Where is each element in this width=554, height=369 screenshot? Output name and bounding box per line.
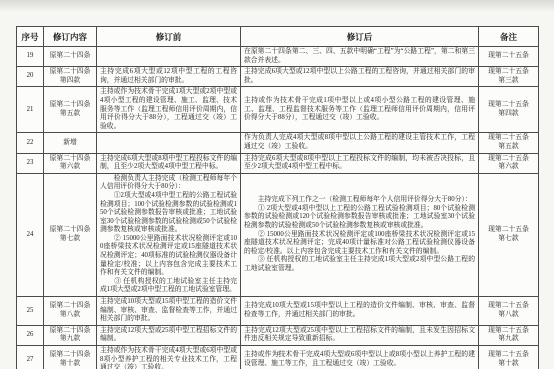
table-row: 21 原第二十四条 第五款 主持或作为技术骨干完成1项大型或2项中型或4项小型工… — [17, 87, 539, 133]
table-row: 24 原第二十四条 第七款 检测负责人主持完成（检测工程师每年个人信用评价得分大… — [17, 173, 539, 296]
table-row: 25 原第二十四条 第八款 主持完成10项大型或15项中型工程的造价文件编制、审… — [17, 297, 539, 326]
row-no: 19 — [17, 47, 44, 67]
before-cell — [97, 47, 241, 67]
before-cell: 主持完成12项大型或25项中型工程招标文件的编制。 — [97, 325, 241, 345]
before-cell: 主持完成6项大型或8项中型工程投标文件的编制，且至少2项大型或4项中型工程中标。 — [97, 153, 241, 173]
after-cell: 主持完成6项大型或12项中型以上公路工程的工程咨询，并通过相关部门的审批。 — [241, 67, 479, 87]
row-no: 24 — [17, 173, 44, 296]
revision-content-cell: 原第二十四条 第四款 — [44, 67, 97, 87]
revision-content-cell: 原第二十四条 第七款 — [44, 173, 97, 296]
page-number: - 28 - — [0, 350, 554, 357]
revision-content-cell: 原第二十四条 第五款 — [44, 87, 97, 133]
revision-content-cell: 原第二十四条 — [44, 47, 97, 67]
note-cell: 现第二十五条 第六款 — [479, 153, 539, 173]
table-header-row: 序号 修订内容 修订前 修订后 备注 — [17, 27, 539, 47]
before-cell — [97, 133, 241, 153]
table-row: 19 原第二十四条 在原第二十四条第二、三、四、五款中明确“工程”为“公路工程”… — [17, 47, 539, 67]
note-cell: 现第二十五条 — [479, 47, 539, 67]
header-after-revision: 修订后 — [241, 27, 479, 47]
scan-edge-shading — [0, 0, 554, 12]
note-cell: 现第二十五条 第八款 — [479, 297, 539, 326]
after-cell: 主持完成6项大型或8项中型以上工程投标文件的编制，均未被否决投标，且至少2项大型… — [241, 153, 479, 173]
revision-content-cell: 原第二十四条 第九款 — [44, 325, 97, 345]
before-cell: 检测负责人主持完成（检测工程师每年个人信用评价得分大于80分）： ①2项大型或4… — [97, 173, 241, 296]
note-cell: 现第二十五条 第五款 — [479, 133, 539, 153]
table-row: 22 新增 作为负责人完成4项大型或8项中型以上公路工程的建设主管技术工作，工程… — [17, 133, 539, 153]
table-row: 20 原第二十四条 第四款 主持完成6项大型或12项中型工程的工程咨询，并通过相… — [17, 67, 539, 87]
header-before-revision: 修订前 — [97, 27, 241, 47]
table-row: 23 原第二十四条 第六款 主持完成6项大型或8项中型工程投标文件的编制，且至少… — [17, 153, 539, 173]
table-row: 26 原第二十四条 第九款 主持完成12项大型或25项中型工程招标文件的编制。 … — [17, 325, 539, 345]
note-cell: 现第二十五条 第七款 — [479, 173, 539, 296]
after-cell: 在原第二十四条第二、三、四、五款中明确“工程”为“公路工程”，第二和第三款合并表… — [241, 47, 479, 67]
row-no: 25 — [17, 297, 44, 326]
before-cell: 主持完成6项大型或12项中型工程的工程咨询，并通过相关部门的审批。 — [97, 67, 241, 87]
before-cell: 主持完成10项大型或15项中型工程的造价文件编制、审核、审查、监督检查等工作，并… — [97, 297, 241, 326]
before-cell: 主持或作为技术骨干完成1项大型或2项中型或4项小型工程的建设管理、施工、监理、技… — [97, 87, 241, 133]
row-no: 26 — [17, 325, 44, 345]
after-cell: 主持完成下列工作之一（检测工程师每年个人信用评价得分大于80分）： ① 2项大型… — [241, 173, 479, 296]
after-cell: 作为负责人完成4项大型或8项中型以上公路工程的建设主管技术工作，工程通过交（竣）… — [241, 133, 479, 153]
row-no: 22 — [17, 133, 44, 153]
revision-content-cell: 新增 — [44, 133, 97, 153]
row-no: 20 — [17, 67, 44, 87]
after-cell: 主持完成12项大型或25项中型以上工程招标文件的编制，且未发生因招标文件违反相关… — [241, 325, 479, 345]
note-cell: 现第二十五条 第九款 — [479, 325, 539, 345]
header-revision-content: 修订内容 — [44, 27, 97, 47]
revision-comparison-table: 序号 修订内容 修订前 修订后 备注 19 原第二十四条 在原第二十四条第二、三… — [16, 26, 539, 369]
header-remarks: 备注 — [479, 27, 539, 47]
row-no: 21 — [17, 87, 44, 133]
revision-content-cell: 原第二十四条 第六款 — [44, 153, 97, 173]
note-cell: 现第二十五条 第四款 — [479, 87, 539, 133]
after-cell: 主持完成10项大型或15项中型以上工程的造价文件编制、审核、审查、监督检查等工作… — [241, 297, 479, 326]
note-cell: 现第二十五条 第三款 — [479, 67, 539, 87]
header-seq-no: 序号 — [17, 27, 44, 47]
row-no: 23 — [17, 153, 44, 173]
after-cell: 主持或作为技术骨干完成1项中型以上或4项小型公路工程的建设管理、施工、监理、工程… — [241, 87, 479, 133]
scanned-document-page: 序号 修订内容 修订前 修订后 备注 19 原第二十四条 在原第二十四条第二、三… — [0, 0, 554, 369]
revision-content-cell: 原第二十四条 第八款 — [44, 297, 97, 326]
